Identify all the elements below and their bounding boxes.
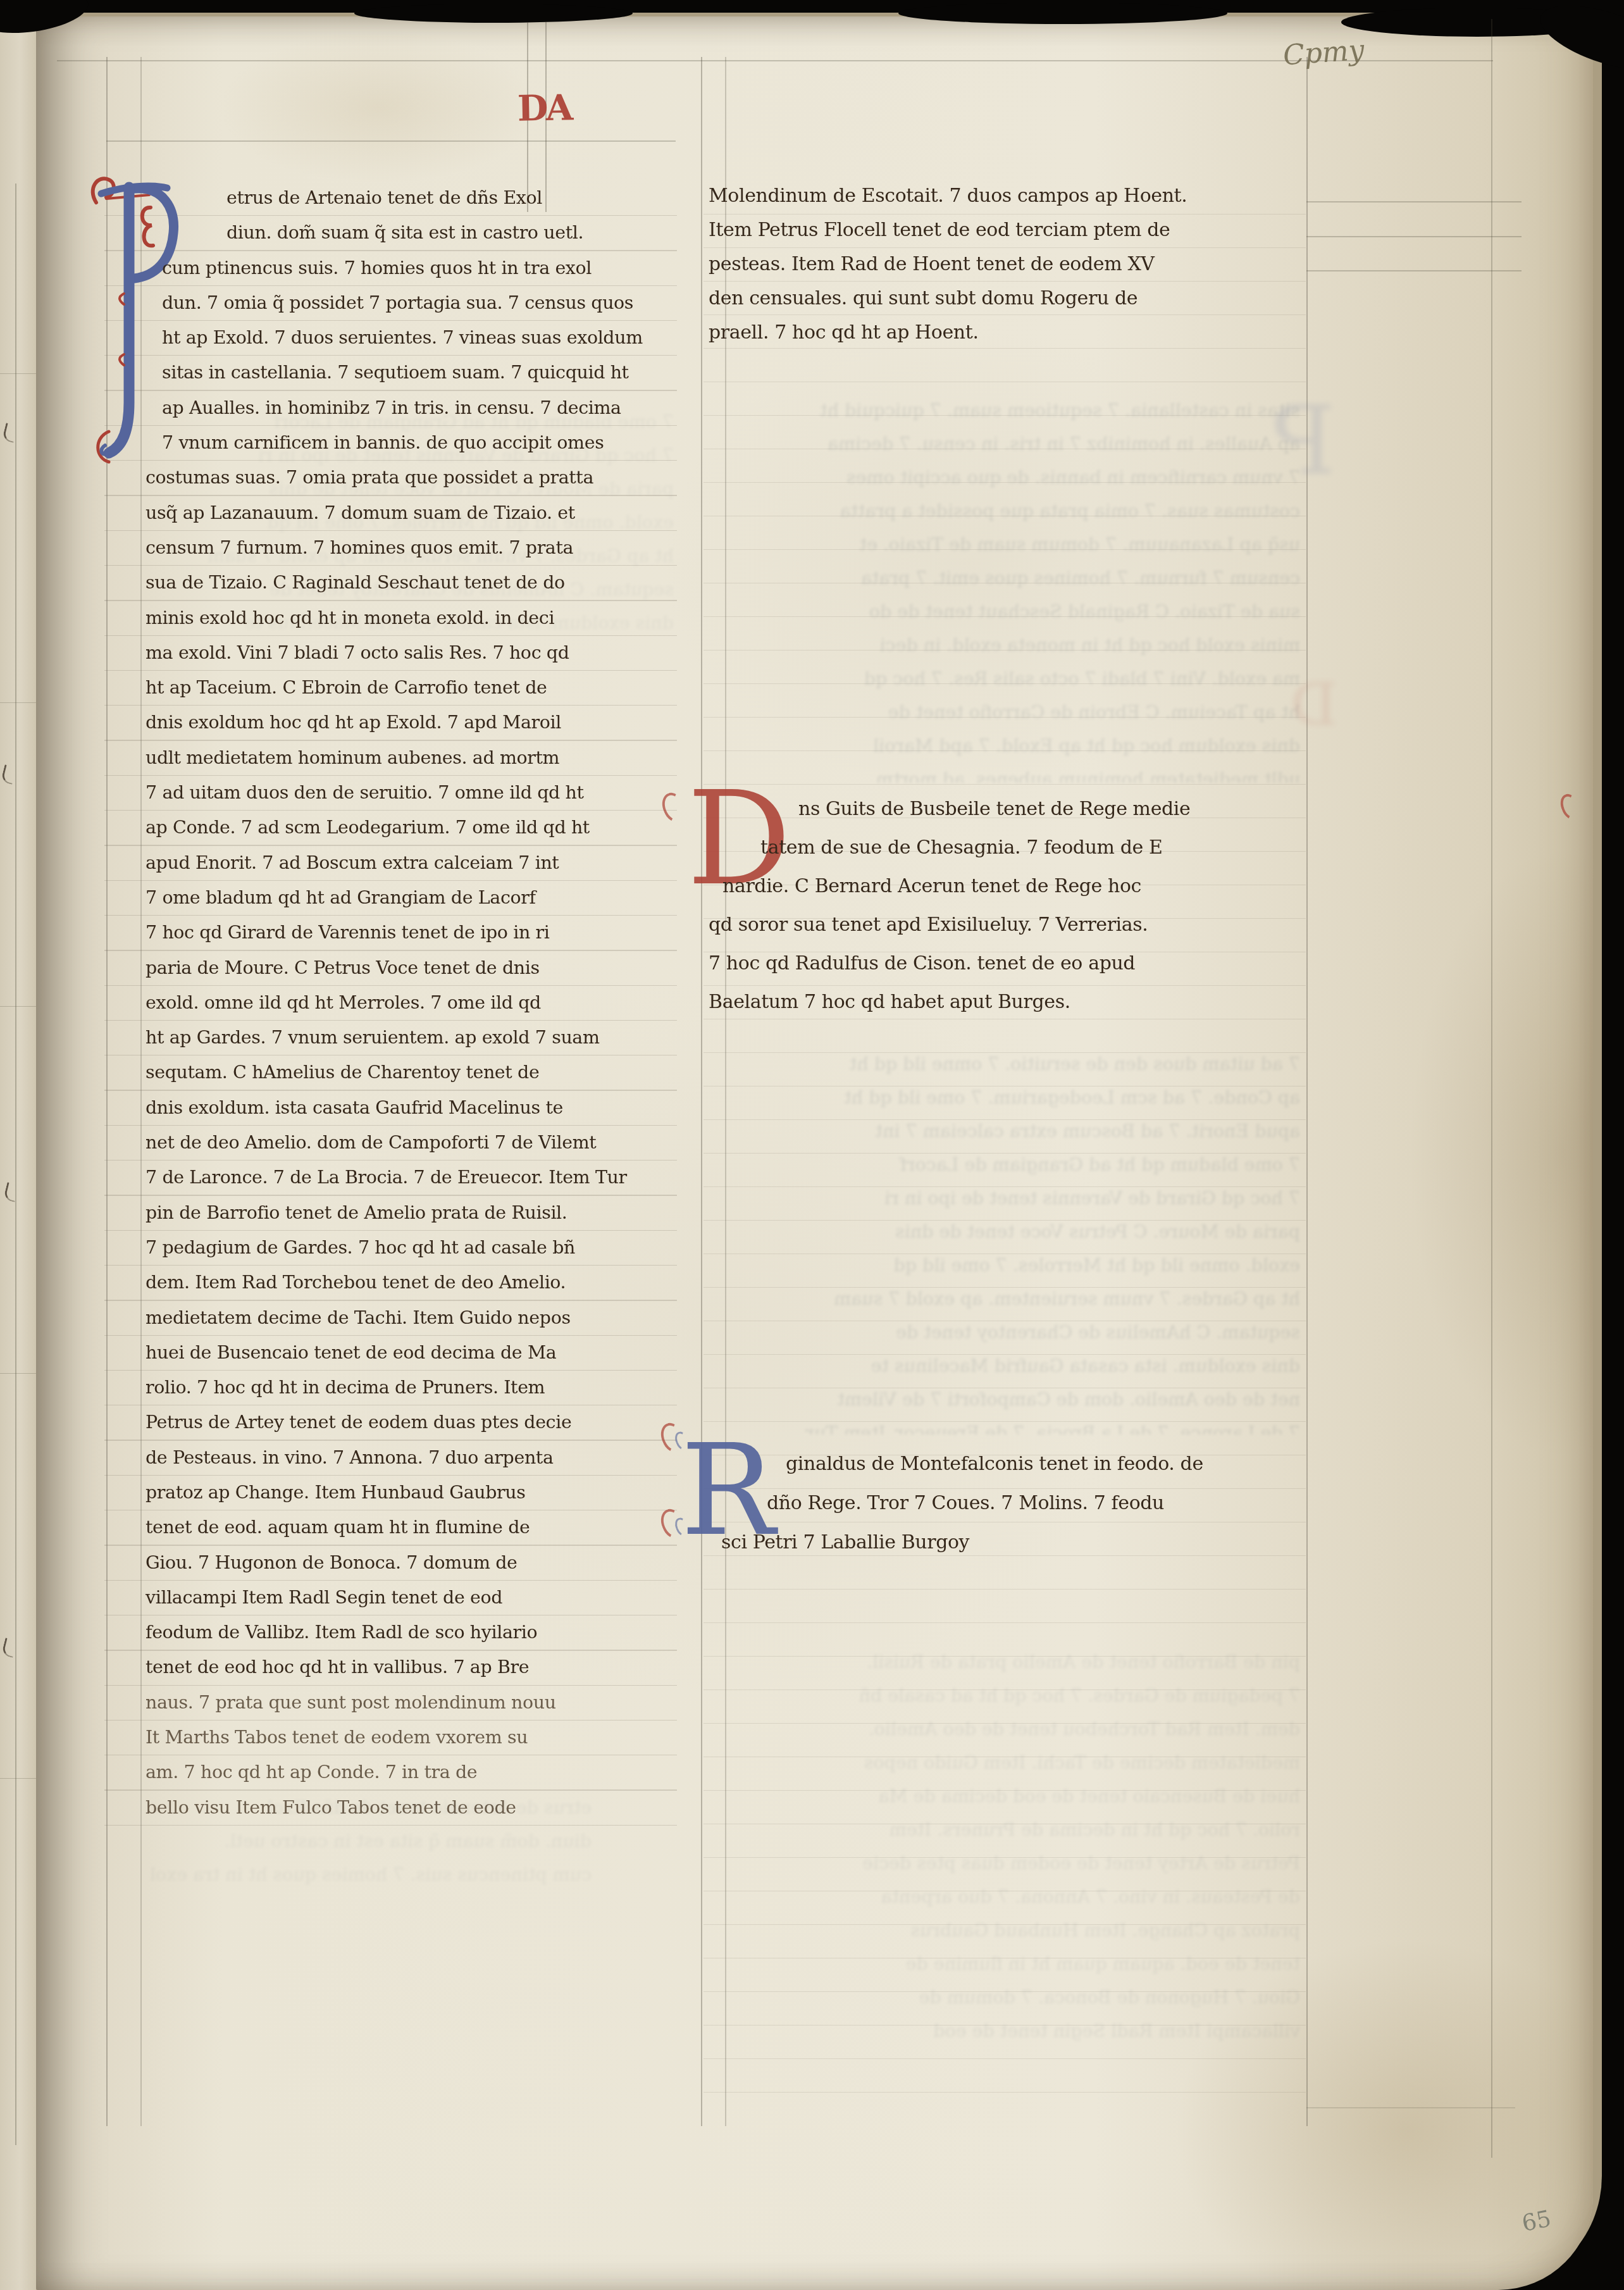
text-line: tenet de eod hoc qd ht in vallibus. 7 ap…	[146, 1650, 677, 1684]
text-line: Molendinum de Escotait. 7 duos campos ap…	[709, 179, 1306, 213]
ruling-line	[701, 57, 702, 2126]
text-line: exold. omne ild qd ht Merroles. 7 ome il…	[146, 985, 677, 1020]
text-line: Petrus de Artey tenet de eodem duas ptes…	[712, 1846, 1300, 1880]
text-line: rolio. 7 hoc qd ht in decima de Pruners.…	[712, 1813, 1300, 1846]
text-line: udlt medietatem hominum aubenes. ad mort…	[146, 740, 677, 775]
text-line: 7 de Laronce. 7 de La Brocia. 7 de Ereue…	[146, 1160, 677, 1195]
text-line: ginaldus de Montefalconis tenet in feodo…	[709, 1445, 1306, 1484]
ruling-line	[1306, 2107, 1515, 2108]
text-line: sitas in castellania. 7 sequtioem suam. …	[146, 355, 677, 390]
text-line: rolio. 7 hoc qd ht in decima de Pruners.…	[146, 1370, 677, 1405]
text-line: It Marths Tabos tenet de eodem vxorem su	[146, 1720, 677, 1755]
text-line: villacampi Item Radl Segin tenet de eod	[712, 2014, 1300, 2043]
text-line: cum ptinencus suis. 7 homies quos ht in …	[146, 251, 677, 285]
facing-page-edge	[0, 19, 36, 2290]
text-line: diun. dom̃ suam q̃ sita est in castro ue…	[149, 1824, 592, 1858]
text-line: 7 ome bladum qd ht ad Grangiam de Lacorf	[146, 880, 677, 915]
text-line: minis exold hoc qd ht in moneta exold. i…	[712, 628, 1300, 662]
quire-mark: Cpmy	[1282, 34, 1365, 72]
text-line: Item Petrus Flocell tenet de eod terciam…	[709, 213, 1306, 247]
text-line: dem. Item Rad Torchebou tenet de deo Ame…	[712, 1712, 1300, 1746]
text-line: pratoz ap Change. Item Hunbaud Gaubrus	[146, 1475, 677, 1510]
text-line: 7 vnum carnificem in bannis. de quo acci…	[146, 425, 677, 460]
show-through-initial: D	[1291, 671, 1337, 738]
text-line: ht ap Gardes. 7 vnum seruientem. ap exol…	[146, 1020, 677, 1055]
text-line: ma exold. Vini 7 bladi 7 octo salis Res.…	[712, 662, 1300, 695]
facing-page-ink-mark	[3, 1182, 19, 1202]
show-through: sitas in castellania. 7 sequtioem suam. …	[712, 394, 1300, 783]
text-line: 7 pedagium de Gardes. 7 hoc qd ht ad cas…	[712, 1679, 1300, 1712]
text-line: ap Aualles. in hominibz 7 in tris. in ce…	[712, 427, 1300, 461]
text-line: de Pesteaus. in vino. 7 Annona. 7 duo ar…	[712, 1880, 1300, 1914]
text-line: costumas suas. 7 omia prata que possidet…	[712, 494, 1300, 528]
text-line: 7 hoc qd Girard de Varennis tenet de ipo…	[146, 915, 677, 950]
text-line: apud Enorit. 7 ad Boscum extra calceiam …	[712, 1114, 1300, 1148]
text-line: huei de Busencaio tenet de eod decima de…	[146, 1335, 677, 1370]
text-line: udlt medietatem hominum aubenes. ad mort…	[712, 762, 1300, 783]
text-line: pin de Barrofio tenet de Amelio prata de…	[712, 1645, 1300, 1679]
rubric-heading: DA	[517, 87, 571, 129]
text-line: de Pesteaus. in vino. 7 Annona. 7 duo ar…	[146, 1440, 677, 1475]
text-line: usq̃ ap Lazanauum. 7 domum suam de Tizai…	[146, 495, 677, 530]
text-line: 7 ome bladum qd ht ad Grangiam de Lacorf	[712, 1148, 1300, 1181]
text-line: paria de Moure. C Petrus Voce tenet de d…	[146, 950, 677, 985]
text-line: tenet de eod. aquam quam ht in flumine d…	[712, 1947, 1300, 1981]
text-line: dnis exoldum hoc qd ht ap Exold. 7 apd M…	[712, 729, 1300, 762]
text-line: sua de Tizaio. C Raginald Seschaut tenet…	[712, 595, 1300, 628]
ruling-line	[57, 60, 1493, 61]
text-line: dnis exoldum. ista casata Gaufrid Maceli…	[712, 1349, 1300, 1383]
right-paragraph-0: Molendinum de Escotait. 7 duos campos ap…	[709, 179, 1306, 350]
text-line: nardie. C Bernard Acerun tenet de Rege h…	[709, 867, 1306, 905]
text-line: ns Guits de Busbeile tenet de Rege medie	[709, 790, 1306, 828]
text-line: medietatem decime de Tachi. Item Guido n…	[712, 1746, 1300, 1779]
text-line: tenet de eod. aquam quam ht in flumine d…	[146, 1510, 677, 1545]
ruling-line	[1306, 270, 1522, 271]
text-line: feodum de Vallibz. Item Radl de sco hyil…	[146, 1615, 677, 1650]
text-line: bello visu Item Fulco Tabos tenet de eod…	[146, 1790, 677, 1825]
text-line: 7 hoc qd Radulfus de Cison. tenet de eo …	[709, 944, 1306, 983]
text-line: 7 hoc qd Girard de Varennis tenet de ipo…	[712, 1181, 1300, 1215]
text-line: sequtam. C hAmelius de Charentoy tenet d…	[712, 1316, 1300, 1349]
text-line: ht ap Exold. 7 duos seruientes. 7 vineas…	[146, 320, 677, 355]
facing-page-ruling	[0, 373, 36, 374]
text-line: medietatem decime de Tachi. Item Guido n…	[146, 1300, 677, 1335]
text-line: minis exold hoc qd ht in moneta exold. i…	[146, 601, 677, 635]
text-line: usq̃ ap Lazanauum. 7 domum suam de Tizai…	[712, 528, 1300, 561]
text-line: qd soror sua tenet apd Exisilueluy. 7 Ve…	[709, 905, 1306, 944]
ruling-line	[1491, 19, 1492, 2158]
text-line: ap Conde. 7 ad scm Leodegarium. 7 ome il…	[712, 1081, 1300, 1114]
page-edge	[354, 4, 633, 23]
facing-page-ruling	[0, 1006, 36, 1007]
ruling-line	[1306, 236, 1522, 237]
text-line: 7 ad uitam duos den de seruitio. 7 omne …	[712, 1047, 1300, 1081]
text-line: huei de Busencaio tenet de eod decima de…	[712, 1779, 1300, 1813]
text-line: tatem de sue de Chesagnia. 7 feodum de E	[709, 828, 1306, 867]
text-line: pin de Barrofio tenet de Amelio prata de…	[146, 1195, 677, 1230]
text-line: ap Aualles. in hominibz 7 in tris. in ce…	[146, 390, 677, 425]
text-line: villacampi Item Radl Segin tenet de eod	[146, 1580, 677, 1615]
text-line: sitas in castellania. 7 sequtioem suam. …	[712, 394, 1300, 427]
text-line: censum 7 furnum. 7 homines quos emit. 7 …	[146, 530, 677, 565]
show-through: pin de Barrofio tenet de Amelio prata de…	[712, 1645, 1300, 2043]
ruling-line	[106, 140, 676, 142]
text-line: etrus de Artenaio tenet de dñs Exol	[146, 180, 677, 215]
show-through-initial: P	[1272, 386, 1336, 496]
text-line: dnis exoldum hoc qd ht ap Exold. 7 apd M…	[146, 705, 677, 740]
facing-page-ruling	[0, 1778, 36, 1779]
text-line: dnis exoldum. ista casata Gaufrid Maceli…	[146, 1090, 677, 1125]
text-line: paria de Moure. C Petrus Voce tenet de d…	[712, 1215, 1300, 1248]
text-line: ht ap Taceium. C Ebroin de Carrofio tene…	[712, 695, 1300, 729]
text-line: ht ap Taceium. C Ebroin de Carrofio tene…	[146, 670, 677, 705]
ruling-line	[1306, 57, 1308, 2126]
text-line: sci Petri 7 Laballie Burgoy	[709, 1523, 1306, 1562]
text-line: sequtam. C hAmelius de Charentoy tenet d…	[146, 1055, 677, 1090]
text-line: cum ptinencus suis. 7 homies quos ht in …	[149, 1858, 592, 1891]
text-line: exold. omne ild qd ht Merroles. 7 ome il…	[712, 1248, 1300, 1282]
text-line: Giou. 7 Hugonon de Bonoca. 7 domum de	[712, 1981, 1300, 2014]
facing-page-ruling	[15, 184, 16, 2145]
text-line: net de deo Amelio. dom de Campoforti 7 d…	[712, 1383, 1300, 1416]
text-line: den censuales. qui sunt subt domu Rogeru…	[709, 282, 1306, 316]
text-line: Giou. 7 Hugonon de Bonoca. 7 domum de	[146, 1545, 677, 1580]
text-line: Petrus de Artey tenet de eodem duas ptes…	[146, 1405, 677, 1440]
text-line: 7 ad uitam duos den de seruitio. 7 omne …	[146, 775, 677, 810]
facing-page-ruling	[0, 702, 36, 703]
text-line: diun. dom̃ suam q̃ sita est in castro ue…	[146, 215, 677, 250]
right-paragraph-2: ginaldus de Montefalconis tenet in feodo…	[709, 1445, 1306, 1562]
manuscript-photo: sitas in castellania. 7 sequtioem suam. …	[0, 0, 1624, 2290]
page-edge	[898, 3, 1227, 24]
text-line: naus. 7 prata que sunt post molendinum n…	[146, 1685, 677, 1720]
text-line: dem. Item Rad Torchebou tenet de deo Ame…	[146, 1265, 677, 1300]
text-line: dño Rege. Tror 7 Coues. 7 Molins. 7 feod…	[709, 1484, 1306, 1523]
text-line: Baelatum 7 hoc qd habet aput Burges.	[709, 983, 1306, 1021]
text-line: sua de Tizaio. C Raginald Seschaut tenet…	[146, 565, 677, 600]
folio-number: 65	[1520, 2206, 1554, 2237]
text-line: costumas suas. 7 omia prata que possidet…	[146, 460, 677, 495]
left-text-column: etrus de Artenaio tenet de dñs Exoldiun.…	[146, 180, 677, 1825]
text-line: censum 7 furnum. 7 homines quos emit. 7 …	[712, 561, 1300, 595]
show-through: 7 ad uitam duos den de seruitio. 7 omne …	[712, 1047, 1300, 1434]
text-line: praell. 7 hoc qd ht ap Hoent.	[709, 316, 1306, 350]
ruling-line	[1306, 201, 1522, 202]
text-line: ap Conde. 7 ad scm Leodegarium. 7 ome il…	[146, 810, 677, 845]
text-line: ma exold. Vini 7 bladi 7 octo salis Res.…	[146, 635, 677, 670]
text-line: ht ap Gardes. 7 vnum seruientem. ap exol…	[712, 1282, 1300, 1316]
text-line: 7 vnum carnificem in bannis. de quo acci…	[712, 461, 1300, 494]
text-line: net de deo Amelio. dom de Campoforti 7 d…	[146, 1125, 677, 1160]
text-line: dun. 7 omia q̃ possidet 7 portagia sua. …	[146, 285, 677, 320]
text-line: pratoz ap Change. Item Hunbaud Gaubrus	[712, 1914, 1300, 1947]
text-line: apud Enorit. 7 ad Boscum extra calceiam …	[146, 845, 677, 880]
facing-page-ink-mark	[1, 764, 16, 785]
text-line: am. 7 hoc qd ht ap Conde. 7 in tra de	[146, 1755, 677, 1789]
text-line: pesteas. Item Rad de Hoent tenet de eode…	[709, 247, 1306, 282]
right-paragraph-1: ns Guits de Busbeile tenet de Rege medie…	[709, 790, 1306, 1021]
facing-page-ruling	[0, 1373, 36, 1374]
text-line: 7 pedagium de Gardes. 7 hoc qd ht ad cas…	[146, 1230, 677, 1265]
text-line: 7 de Laronce. 7 de La Brocia. 7 de Ereue…	[712, 1416, 1300, 1434]
